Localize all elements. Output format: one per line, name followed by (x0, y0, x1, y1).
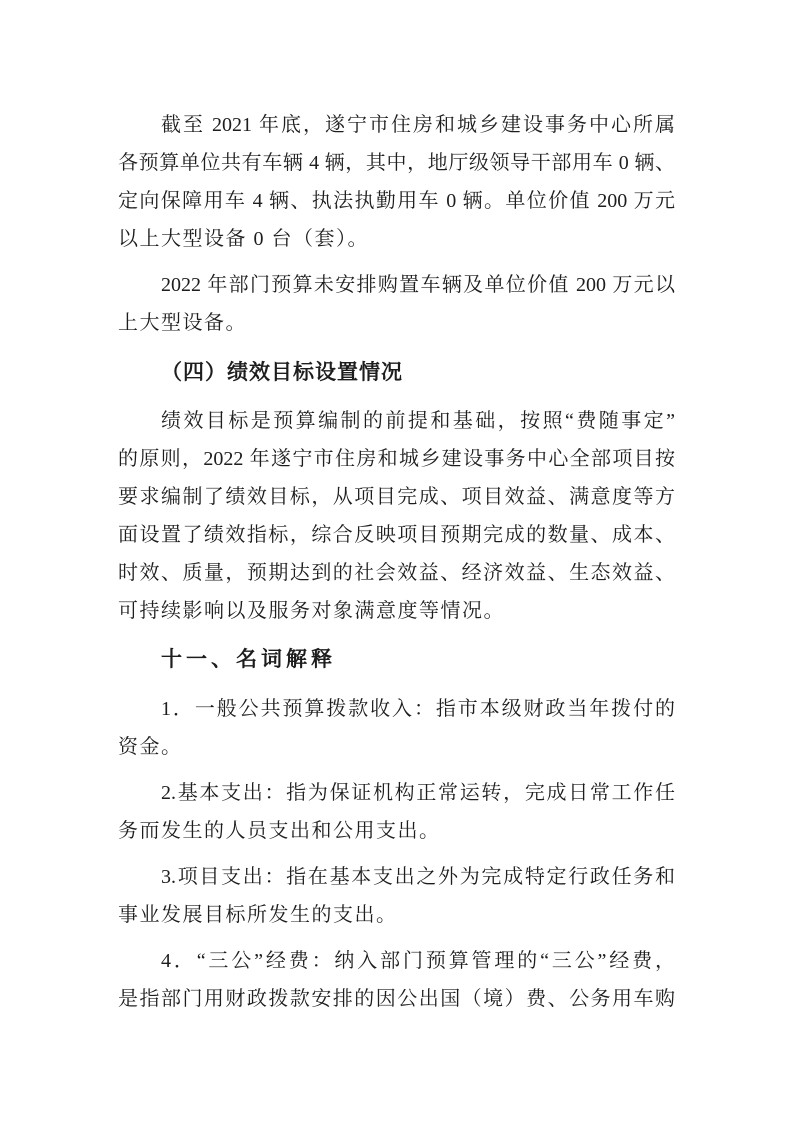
body-line: 2022 年部门预算未安排购置车辆及单位价值 200 万元以 (118, 266, 675, 304)
paragraph-term-2: 2.基本支出：指为保证机构正常运转，完成日常工作任 务而发生的人员支出和公用支出… (118, 774, 675, 850)
body-line: 上大型设备。 (118, 304, 675, 342)
heading-line: （四）绩效目标设置情况 (118, 353, 675, 391)
body-line: 可持续影响以及服务对象满意度等情况。 (118, 592, 675, 630)
body-line: 3.项目支出：指在基本支出之外为完成特定行政任务和 (118, 858, 675, 896)
paragraph-term-1: 1．一般公共预算拨款收入：指市本级财政当年拨付的 资金。 (118, 690, 675, 766)
paragraph-2022-budget: 2022 年部门预算未安排购置车辆及单位价值 200 万元以 上大型设备。 (118, 266, 675, 342)
body-line: 资金。 (118, 728, 675, 766)
body-line: 1．一般公共预算拨款收入：指市本级财政当年拨付的 (118, 690, 675, 728)
paragraph-term-4: 4．“三公”经费：纳入部门预算管理的“三公”经费， 是指部门用财政拨款安排的因公… (118, 942, 675, 1018)
page-text-content: 截至 2021 年底，遂宁市住房和城乡建设事务中心所属 各预算单位共有车辆 4 … (118, 106, 675, 1018)
body-line: 绩效目标是预算编制的前提和基础，按照“费随事定” (118, 402, 675, 440)
body-line: 定向保障用车 4 辆、执法执勤用车 0 辆。单位价值 200 万元 (118, 182, 675, 220)
body-line: 截至 2021 年底，遂宁市住房和城乡建设事务中心所属 (118, 106, 675, 144)
paragraph-vehicles-2021: 截至 2021 年底，遂宁市住房和城乡建设事务中心所属 各预算单位共有车辆 4 … (118, 106, 675, 258)
paragraph-term-3: 3.项目支出：指在基本支出之外为完成特定行政任务和 事业发展目标所发生的支出。 (118, 858, 675, 934)
body-line: 要求编制了绩效目标，从项目完成、项目效益、满意度等方 (118, 478, 675, 516)
body-line: 的原则，2022 年遂宁市住房和城乡建设事务中心全部项目按 (118, 440, 675, 478)
heading-section-4: （四）绩效目标设置情况 (118, 353, 675, 391)
body-line: 各预算单位共有车辆 4 辆，其中，地厅级领导干部用车 0 辆、 (118, 144, 675, 182)
body-line: 是指部门用财政拨款安排的因公出国（境）费、公务用车购 (118, 980, 675, 1018)
body-line: 面设置了绩效指标，综合反映项目预期完成的数量、成本、 (118, 516, 675, 554)
body-line: 务而发生的人员支出和公用支出。 (118, 812, 675, 850)
body-line: 4．“三公”经费：纳入部门预算管理的“三公”经费， (118, 942, 675, 980)
body-line: 2.基本支出：指为保证机构正常运转，完成日常工作任 (118, 774, 675, 812)
body-line: 事业发展目标所发生的支出。 (118, 896, 675, 934)
document-page: 截至 2021 年底，遂宁市住房和城乡建设事务中心所属 各预算单位共有车辆 4 … (0, 0, 793, 1122)
body-line: 以上大型设备 0 台（套）。 (118, 220, 675, 258)
body-line: 时效、质量，预期达到的社会效益、经济效益、生态效益、 (118, 554, 675, 592)
heading-section-11: 十一、名词解释 (118, 641, 675, 679)
paragraph-performance-goals: 绩效目标是预算编制的前提和基础，按照“费随事定” 的原则，2022 年遂宁市住房… (118, 402, 675, 630)
heading-line: 十一、名词解释 (118, 641, 675, 679)
